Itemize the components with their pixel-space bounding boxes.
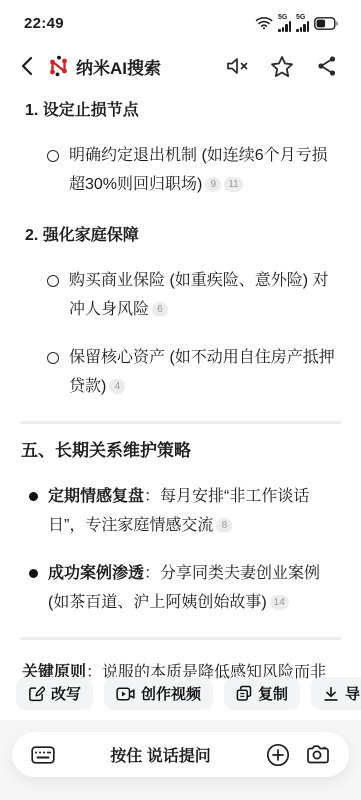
list-item-term: 成功案例渗透	[48, 565, 144, 582]
create-video-button[interactable]: 创作视频	[104, 677, 213, 710]
keyboard-icon[interactable]	[28, 740, 58, 770]
citation-badge[interactable]: 9	[205, 177, 221, 192]
page-title: 纳米AI搜索	[76, 54, 223, 79]
citation-badge[interactable]: 14	[270, 595, 289, 610]
list-item-term: 定期情感复盘	[48, 488, 144, 505]
camera-icon[interactable]	[303, 740, 333, 770]
export-button[interactable]: 导出	[311, 677, 361, 710]
status-bar: 22:49 5G 5G	[0, 0, 361, 36]
copy-icon	[236, 685, 252, 702]
app-logo-icon	[48, 55, 69, 77]
share-icon[interactable]	[313, 52, 341, 80]
copy-label: 复制	[258, 683, 288, 704]
export-label: 导出	[345, 683, 361, 704]
edit-icon	[28, 685, 45, 702]
back-button[interactable]	[14, 53, 40, 79]
list-item: 保留核心资产 (如不动用自住房产抵押贷款)4	[47, 343, 341, 401]
hollow-bullet-icon	[47, 150, 59, 162]
list-item: 明确约定退出机制 (如连续6个月亏损超30%则回归职场)911	[47, 141, 341, 199]
rewrite-button[interactable]: 改写	[16, 677, 93, 710]
citation-badge[interactable]: 6	[152, 302, 168, 317]
plus-icon[interactable]	[263, 740, 293, 770]
bottom-bar-region: 按住 说话提问	[0, 720, 361, 800]
wifi-icon	[255, 16, 273, 30]
create-video-label: 创作视频	[141, 683, 201, 704]
list-item: 定期情感复盘：每月安排“非工作谈话日”，专注家庭情感交流8	[29, 482, 341, 540]
numbered-heading-2: 2. 强化家庭保障	[25, 225, 341, 247]
filled-bullet-icon	[29, 492, 38, 501]
citation-badge[interactable]: 4	[109, 379, 125, 394]
rewrite-label: 改写	[51, 683, 81, 704]
clock: 22:49	[24, 15, 64, 32]
hollow-bullet-icon	[47, 352, 59, 364]
header: 纳米AI搜索	[0, 36, 361, 92]
citation-badge[interactable]: 8	[216, 518, 232, 533]
mute-icon[interactable]	[223, 52, 251, 80]
section-divider	[20, 421, 341, 424]
section-heading-5: 五、长期关系维护策略	[21, 439, 341, 463]
section-divider	[20, 637, 341, 640]
answer-toolbar: 改写 创作视频 复制 导出	[0, 677, 361, 710]
video-icon	[116, 686, 135, 702]
list-item: 成功案例渗透：分享同类夫妻创业案例 (如茶百道、沪上阿姨创始故事)14	[29, 559, 341, 617]
voice-input-bar: 按住 说话提问	[12, 732, 349, 777]
favorite-star-icon[interactable]	[268, 52, 296, 80]
copy-button[interactable]: 复制	[224, 677, 300, 710]
battery-icon	[314, 17, 339, 30]
list-item: 购买商业保险 (如重疾险、意外险) 对冲人身风险6	[47, 266, 341, 324]
hold-to-talk-button[interactable]: 按住 说话提问	[58, 743, 263, 766]
list-item-text: 购买商业保险 (如重疾险、意外险) 对冲人身风险	[69, 272, 329, 318]
answer-content: 1. 设定止损节点 明确约定退出机制 (如连续6个月亏损超30%则回归职场)91…	[0, 100, 361, 715]
signal-icon-sim2: 5G	[296, 14, 309, 32]
citation-badge[interactable]: 11	[224, 177, 242, 192]
download-icon	[323, 686, 339, 702]
list-item-text: 明确约定退出机制 (如连续6个月亏损超30%则回归职场)	[69, 147, 328, 193]
numbered-heading-1: 1. 设定止损节点	[25, 100, 341, 122]
filled-bullet-icon	[29, 569, 38, 578]
signal-icon-sim1: 5G	[278, 14, 291, 32]
hollow-bullet-icon	[47, 275, 59, 287]
